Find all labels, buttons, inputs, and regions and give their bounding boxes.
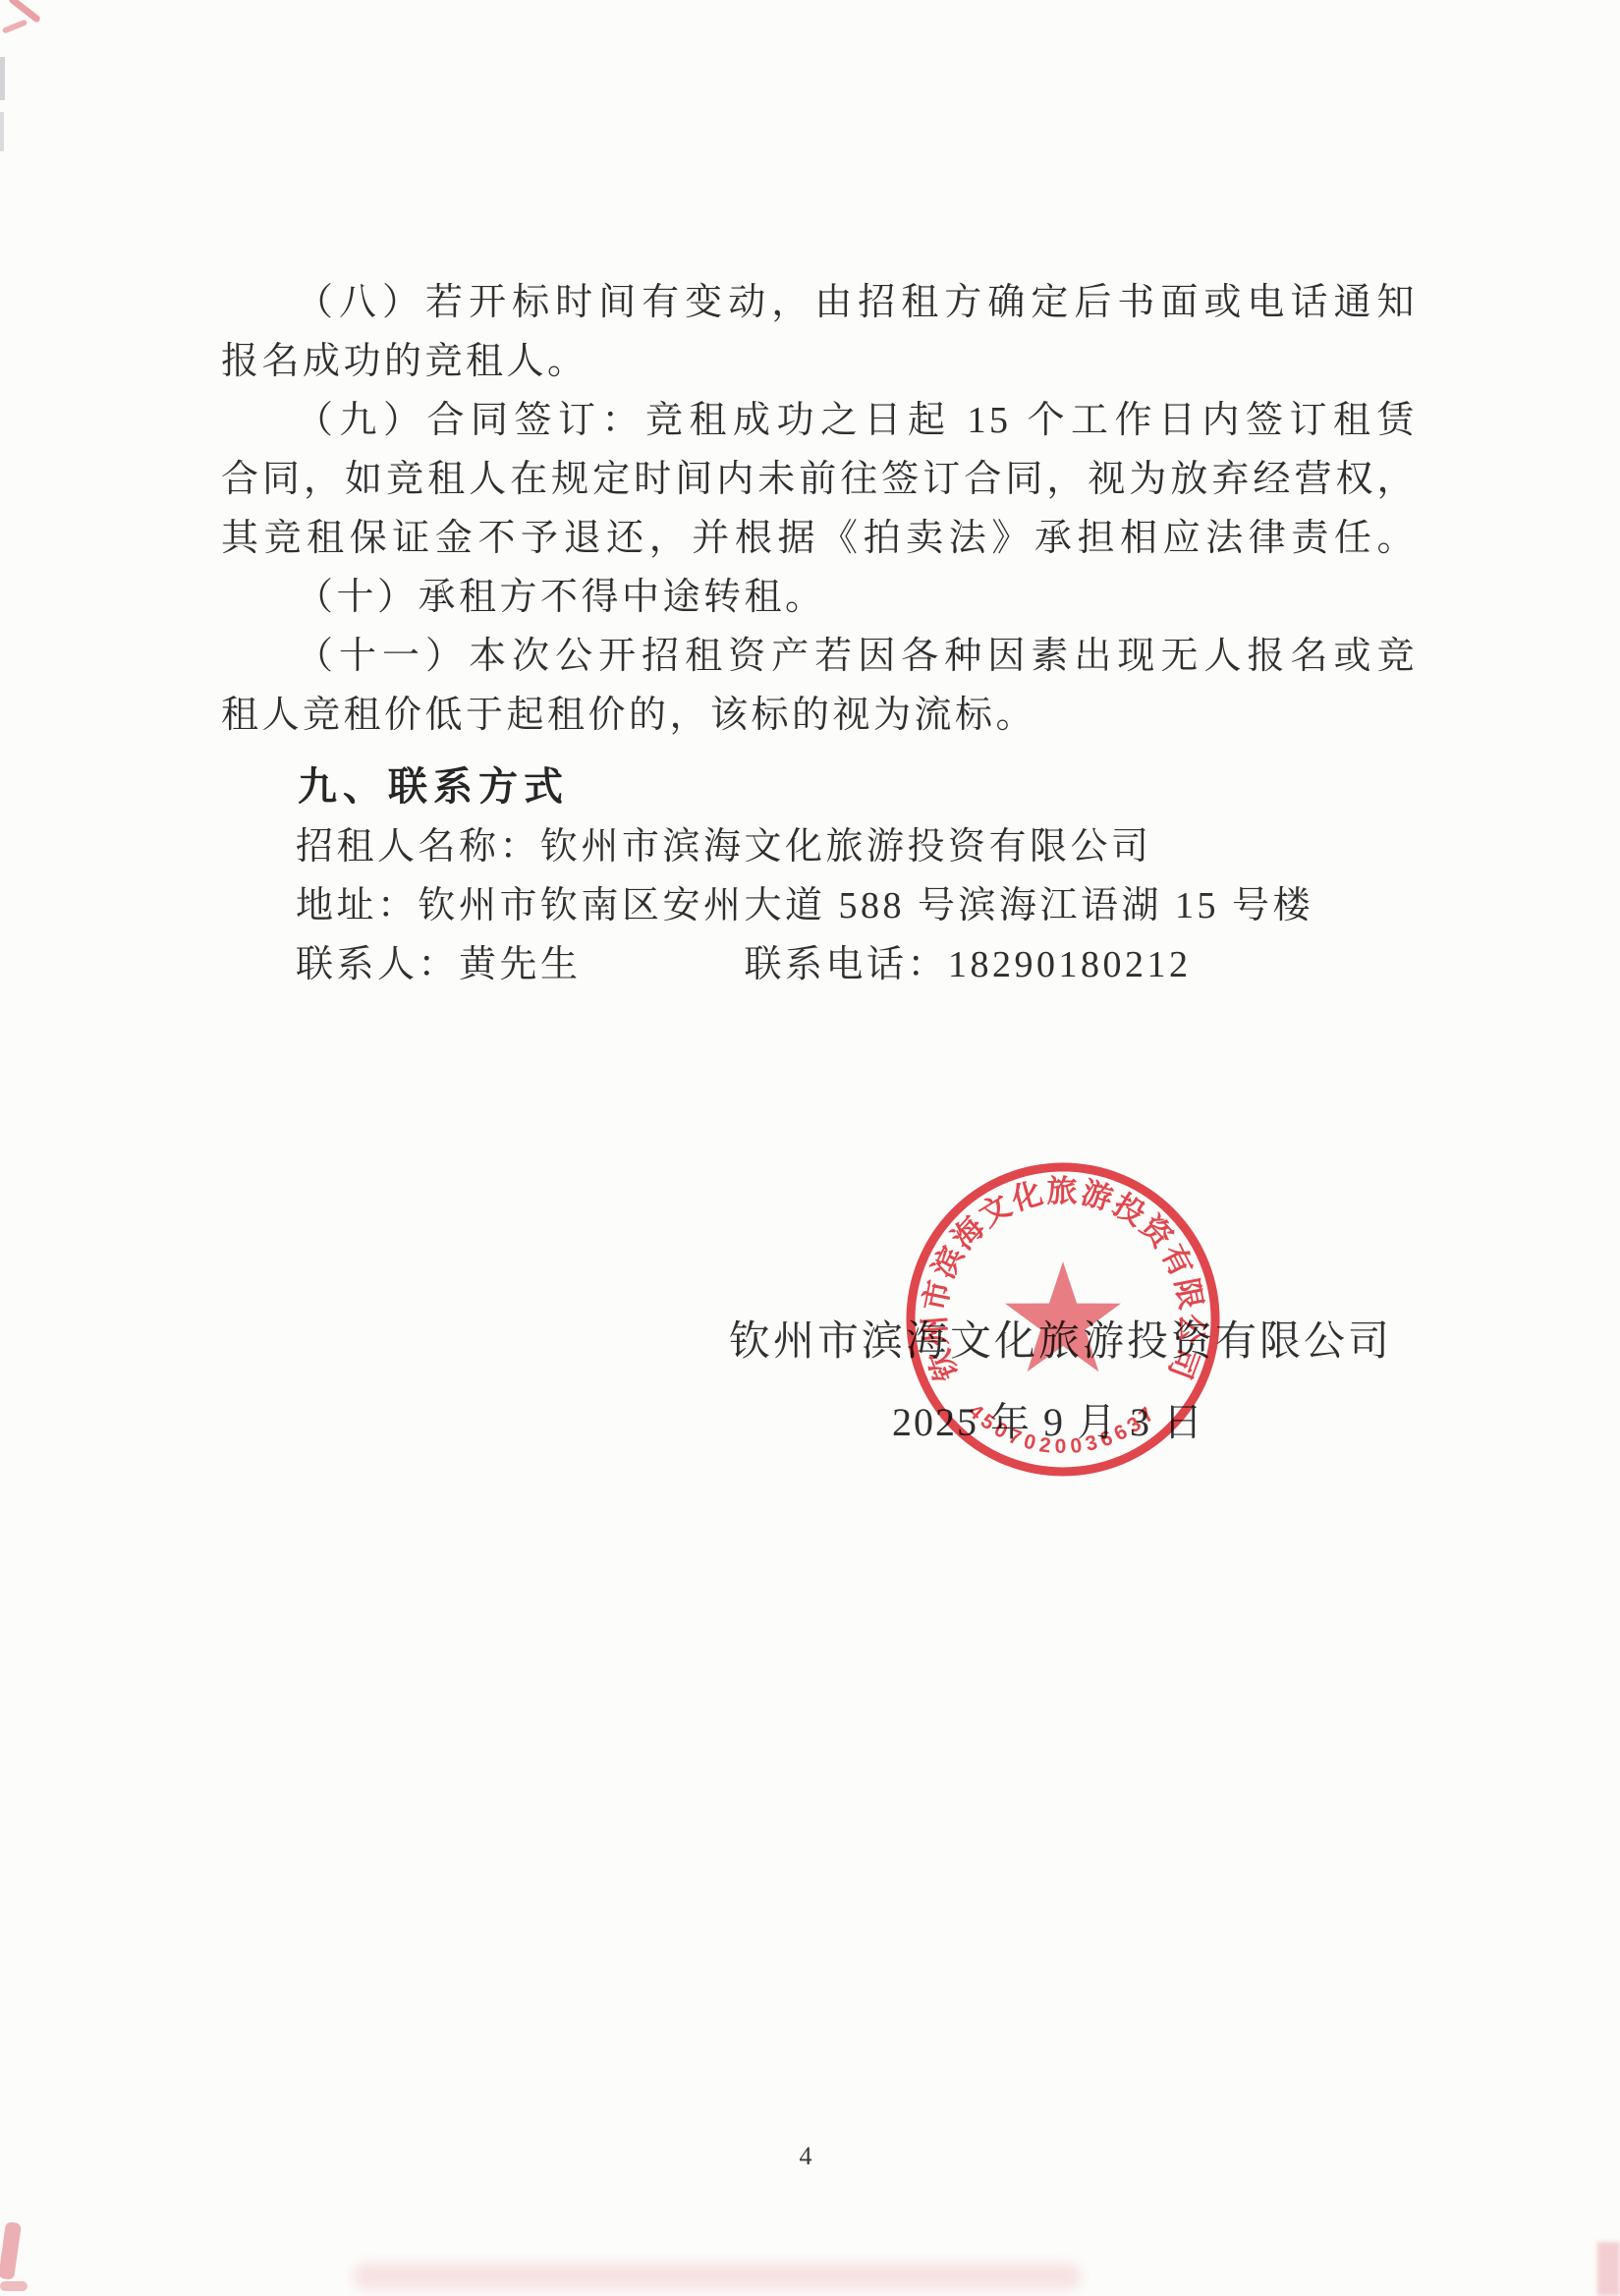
body-text-line: （九）合同签订：竞租成功之日起 15 个工作日内签订租赁	[221, 391, 1418, 450]
scan-artifact	[2, 19, 28, 33]
body-text-line: 租人竞租价低于起租价的，该标的视为流标。	[221, 686, 1418, 745]
scan-artifact	[0, 112, 4, 151]
body-text-line: （八）若开标时间有变动，由招租方确定后书面或电话通知	[221, 273, 1418, 332]
scan-artifact	[8, 0, 41, 24]
page-number: 4	[776, 2142, 835, 2171]
scan-artifact	[0, 2281, 28, 2291]
scan-artifact	[0, 2221, 22, 2280]
section-heading: 九、联系方式	[221, 756, 1418, 817]
body-text-line: 合同，如竞租人在规定时间内未前往签订合同，视为放弃经营权，	[221, 450, 1418, 509]
contact-line-person-phone: 联系人：黄先生 联系电话：18290180212	[221, 935, 1418, 994]
body-text-line: 其竞租保证金不予退还，并根据《拍卖法》承担相应法律责任。	[221, 509, 1418, 568]
company-seal: 钦州市滨海文化旅游投资有限公司 4507020036637	[896, 1148, 1230, 1491]
star-icon	[1005, 1261, 1121, 1372]
contact-line-address: 地址：钦州市钦南区安州大道 588 号滨海江语湖 15 号楼	[221, 876, 1418, 935]
body-text-line: （十一）本次公开招租资产若因各种因素出现无人报名或竞	[221, 627, 1418, 686]
body-text-block: （八）若开标时间有变动，由招租方确定后书面或电话通知 报名成功的竞租人。 （九）…	[221, 273, 1418, 994]
scan-artifact	[0, 57, 5, 100]
scan-artifact	[1597, 2242, 1620, 2296]
scan-artifact	[354, 2264, 1081, 2289]
body-text-line: 报名成功的竞租人。	[221, 332, 1418, 391]
body-text-line: （十）承租方不得中途转租。	[221, 568, 1418, 627]
document-page: （八）若开标时间有变动，由招租方确定后书面或电话通知 报名成功的竞租人。 （九）…	[0, 0, 1620, 2296]
seal-code-arc-text: 4507020036637	[964, 1400, 1162, 1458]
contact-line-lessor: 招租人名称：钦州市滨海文化旅游投资有限公司	[221, 817, 1418, 876]
